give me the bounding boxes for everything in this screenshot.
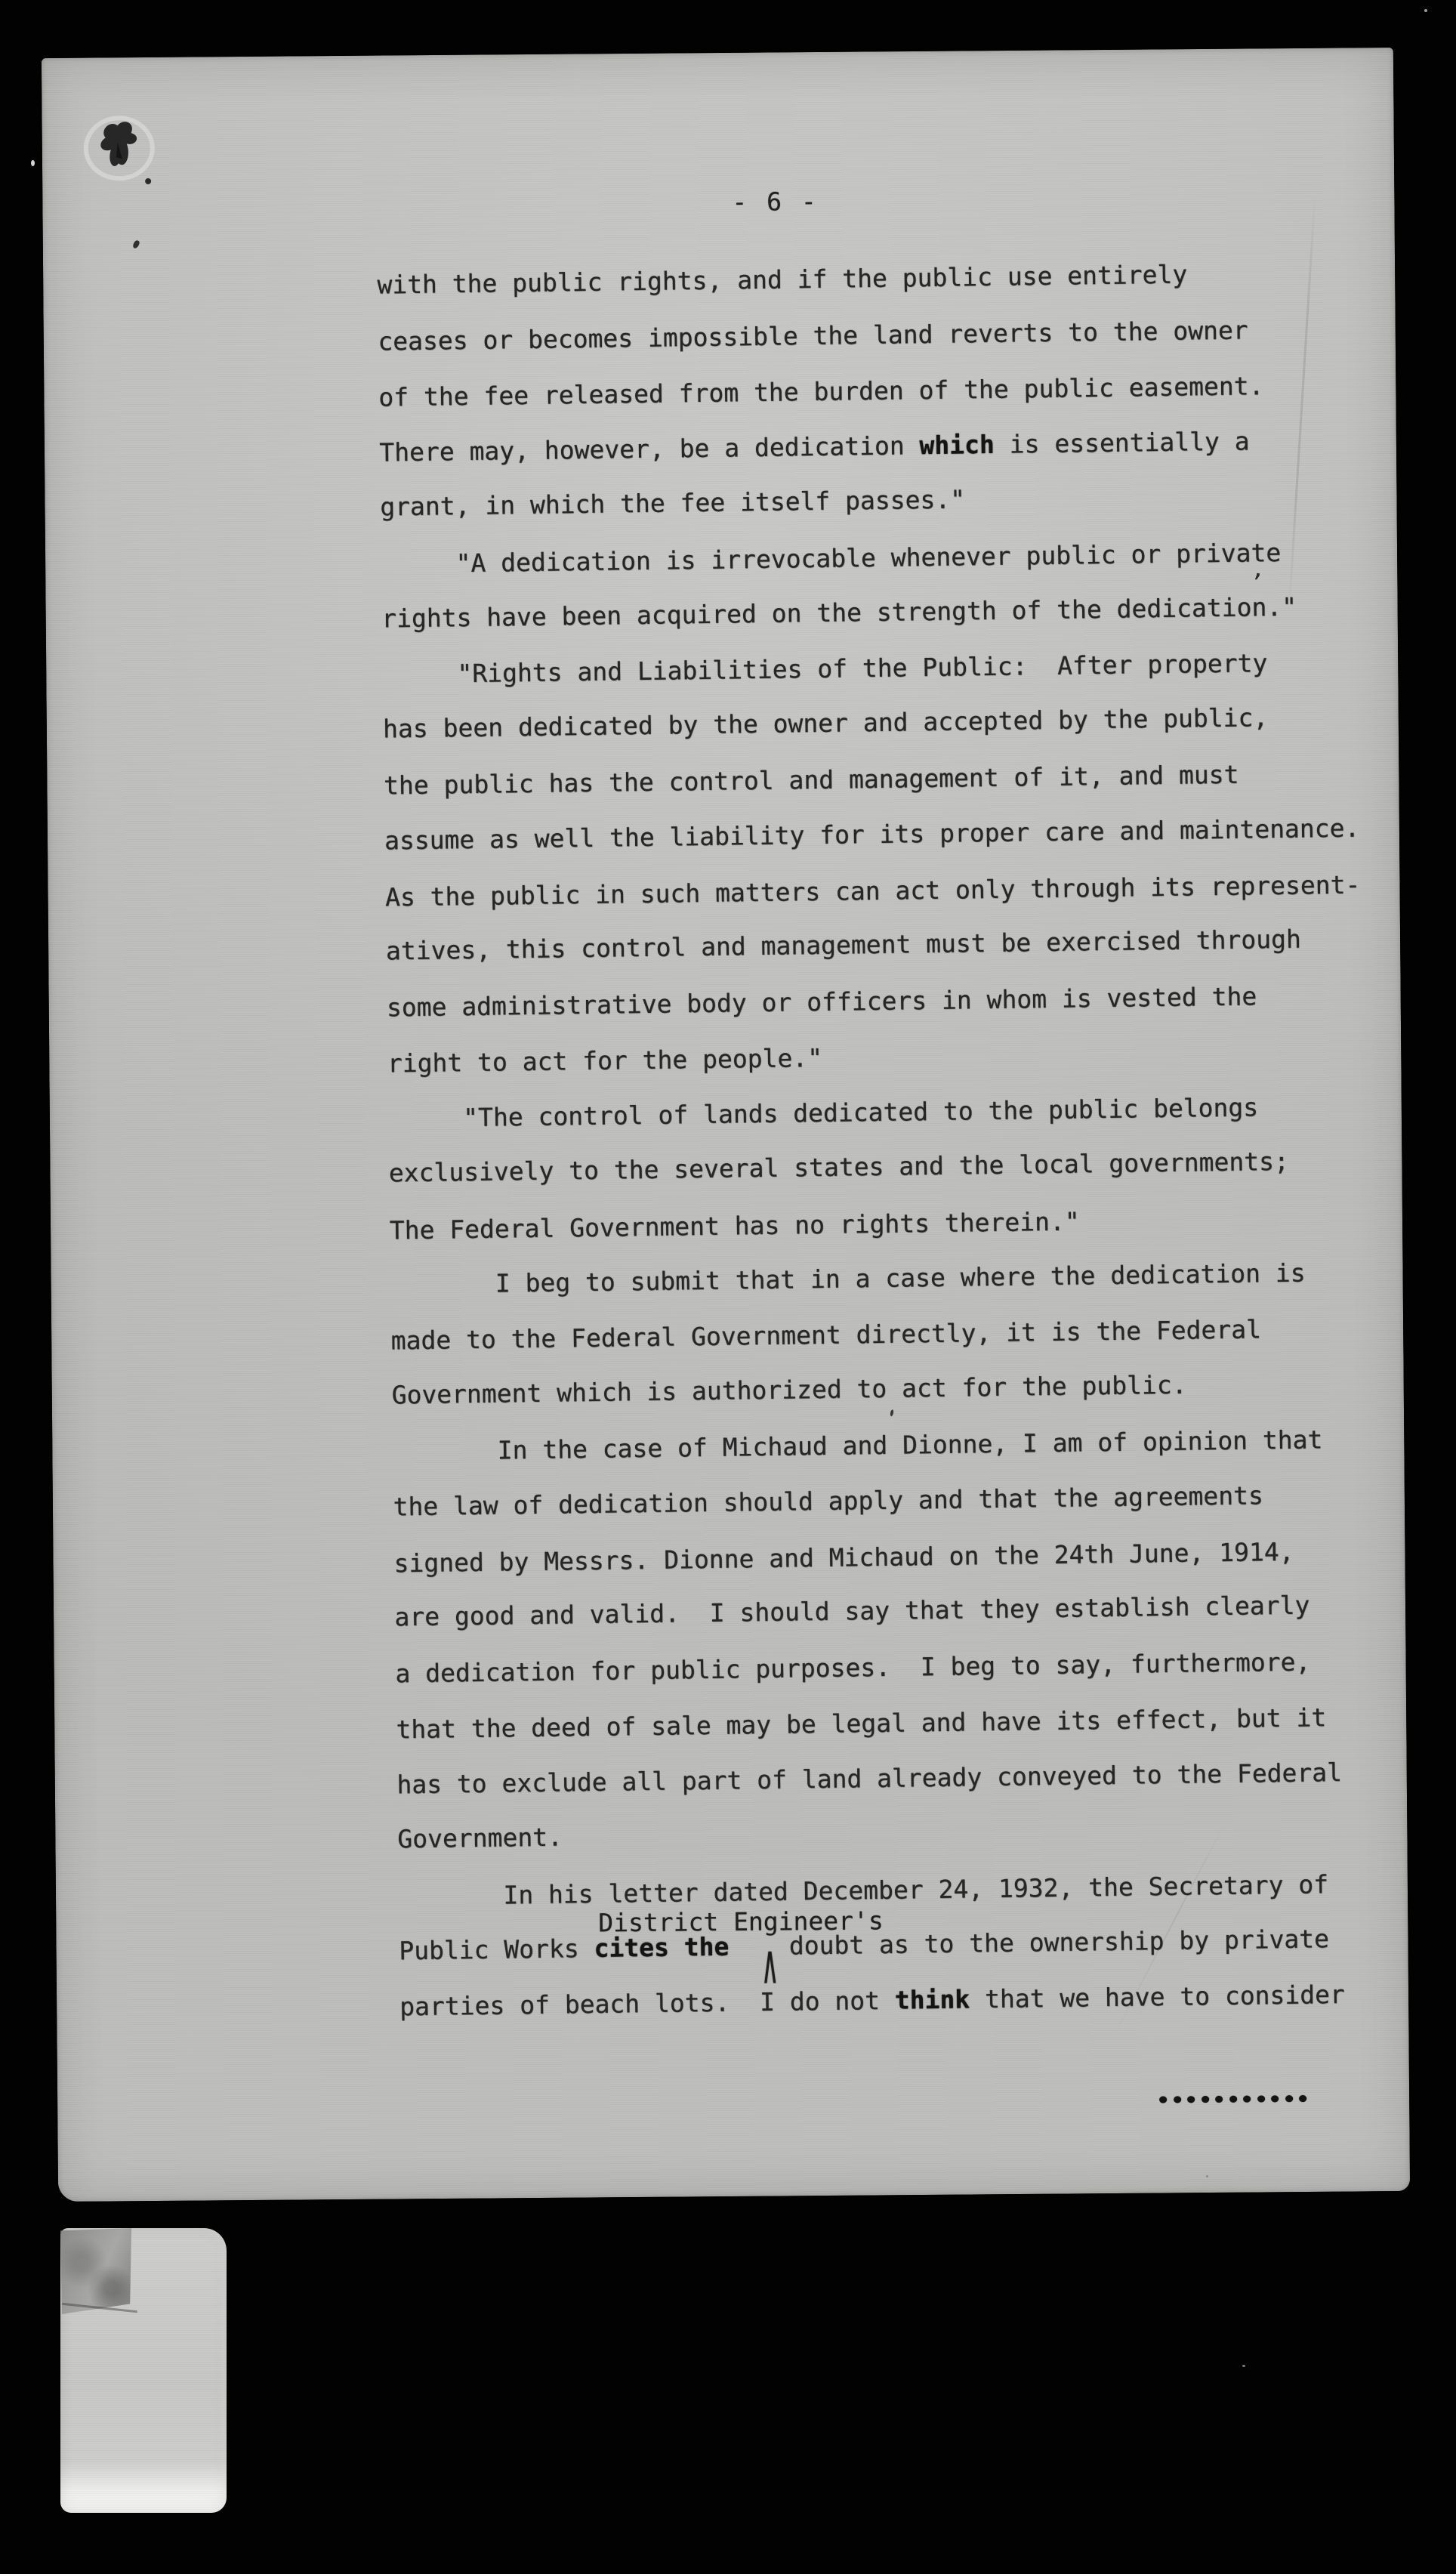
leader-dot xyxy=(1299,2094,1306,2101)
dust-speck xyxy=(1206,2175,1208,2177)
leader-dot xyxy=(1243,2095,1251,2102)
dust-speck xyxy=(1242,2365,1245,2367)
dust-speck xyxy=(1424,9,1427,12)
leader-dot xyxy=(1202,2096,1209,2103)
caret-mark: ∧ xyxy=(762,1934,778,1996)
leader-dot xyxy=(1215,2095,1223,2102)
text-block: with the public rights, and if the publi… xyxy=(377,245,1442,2035)
ink-speck xyxy=(145,178,151,184)
leader-dot xyxy=(1257,2095,1265,2102)
dust-speck xyxy=(31,160,35,166)
leader-dot xyxy=(1187,2096,1195,2103)
leader-dot xyxy=(1271,2095,1279,2102)
dot-leader xyxy=(1159,2094,1313,2104)
leader-dot xyxy=(1285,2095,1293,2102)
leader-dot xyxy=(1159,2096,1167,2103)
ink-blot-mark xyxy=(72,112,171,309)
insertion-note: District Engineer's xyxy=(598,1906,884,1938)
leader-dot xyxy=(1174,2096,1181,2103)
scan-background: { "page": { "background_color": "#020202… xyxy=(0,0,1456,2574)
page-number: - 6 - xyxy=(732,187,819,218)
leader-dot xyxy=(1229,2095,1237,2102)
document-page: - 6 - with the public rights, and if the… xyxy=(42,48,1410,2202)
tape-patch xyxy=(60,2228,133,2314)
paper-scrap xyxy=(60,2228,227,2513)
